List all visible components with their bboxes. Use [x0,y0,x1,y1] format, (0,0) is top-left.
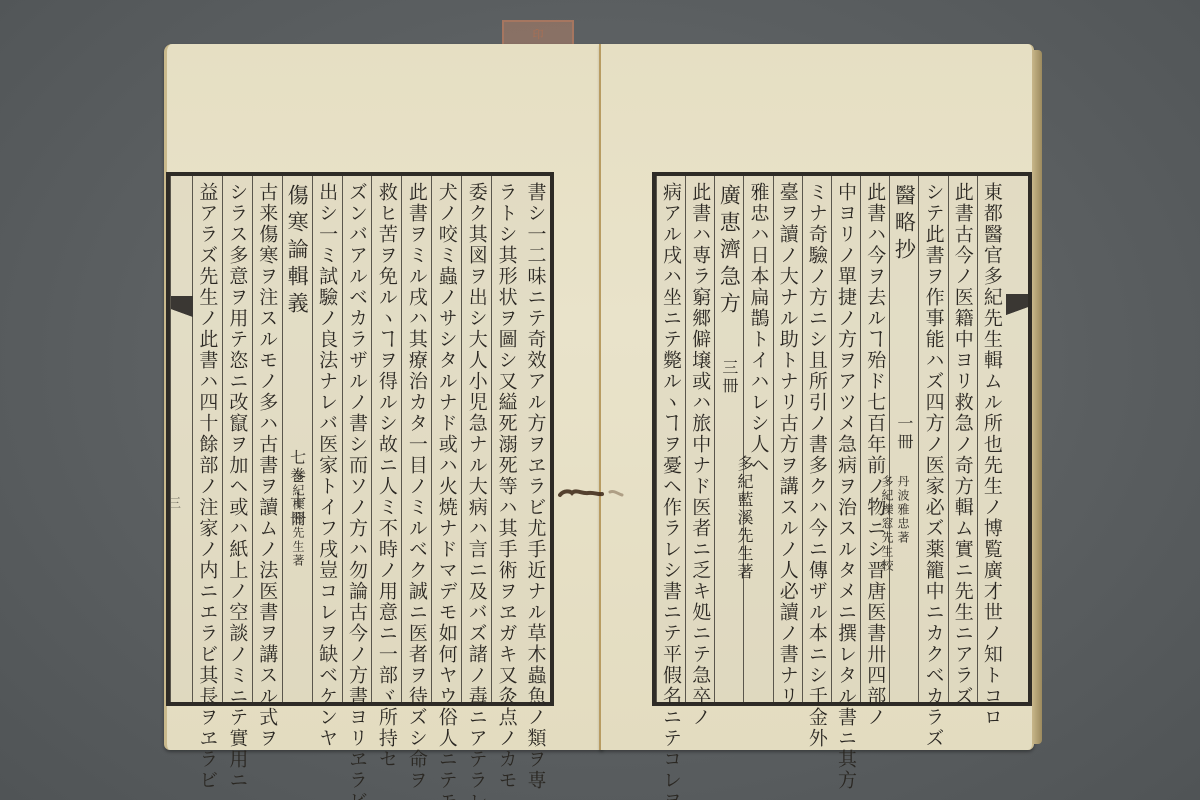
book-title: 廣恵濟急方 [716,176,742,319]
editor-credit: 多紀櫟窓先生校 [880,475,894,573]
fold-margin [170,176,192,702]
text-column: 病アル戌ハ坐ニテ斃ルヽヿヲ憂ヘ作ラレシ書ニテ平假名ニテコレヲ [656,176,685,702]
book-gutter [599,44,601,750]
book-title: 醫略抄 [891,176,917,265]
fishtail-marker-icon [171,296,193,326]
text-column: ズンバアルベカラザルノ書シ而ソノ方ハ勿論古今ノ方書ヨリヱラビ [342,176,372,702]
author-credit: 多紀藍溪先生著 [733,455,756,581]
volume-count: 一冊 [893,415,916,451]
book-title-entry: 傷寒論輯義 七巻 十冊 [282,176,312,702]
text-column: 委ク其図ヲ出シ大人小児急ナル大病ハ言ニ及バズ諸ノ毒ニアテラレ [461,176,491,702]
left-text-frame: 書シ一二味ニテ奇效アル方ヲヱラビ尤手近ナル草木蟲魚ノ類ヲ専 ラトシ其形状ヲ圖シ又… [166,172,554,706]
text-column: ミナ奇驗ノ方ニシ且所引ノ書多クハ今ニ傳ザル本ニシ千金外 [802,176,831,702]
book-title-entry: 醫略抄 一冊 [889,176,918,702]
text-column: 書シ一二味ニテ奇效アル方ヲヱラビ尤手近ナル草木蟲魚ノ類ヲ専 [521,176,550,702]
text-column: ラトシ其形状ヲ圖シ又縊死溺死等ハ其手術ヲヱガキ又灸点ノカモ [491,176,521,702]
ink-stain [558,486,628,500]
page-edge-stack [1032,50,1042,744]
fold-margin [1006,176,1028,702]
text-column: 益アラズ先生ノ此書ハ四十餘部ノ注家ノ内ニエラビ其長ヲヱラビ [192,176,222,702]
text-column: 中ヨリノ單捷ノ方ヲアツメ急病ヲ治スルタメニ撰レタル書ニ其方 [831,176,860,702]
text-column: 出シ一ミ試驗ノ良法ナレバ医家トイフ戌豈コレヲ缺ベケンヤ [312,176,342,702]
text-column: 救ヒ苦ヲ免ルヽヿヲ得ルシ故ニ人ミ不時ノ用意ニ一部ヾ所持セ [371,176,401,702]
text-column: 東都醫官多紀先生輯ムル所也先生ノ博覧廣才世ノ知トコロ [977,176,1006,702]
text-column: 此書ヲミル戌ハ其療治カタ一目ノミルベク誠ニ医者ヲ待ズシ命ヲ [401,176,431,702]
text-column: 此書古今ノ医籍中ヨリ救急ノ奇方輯ム實ニ先生ニアラズ [948,176,977,702]
author-credit: 丹波雅忠著 [896,475,910,545]
fishtail-marker-icon [1006,294,1028,324]
text-column: シラス多意ヲ用テ恣ニ改竄ヲ加ヘ或ハ紙上ノ空談ノミニテ實用ニ [222,176,252,702]
text-column: 此書ハ今ヲ去ルヿ殆ド七百年前ノ物ニシ晋唐医書卅四部ノ [860,176,889,702]
text-column: 雅忠ハ日本扁鵲トイハレシ人ヘ [743,176,772,702]
book-title-entry: 廣恵濟急方 三冊 [714,176,743,702]
text-column: 臺ヲ讀ノ大ナル助トナリ古方ヲ講スルノ人必讀ノ書ナリ [773,176,802,702]
text-column: 犬ノ咬ミ蟲ノサシタルナド或ハ火焼ナドマデモ如何ヤウ俗人ニテモ [431,176,461,702]
text-column: 此書ハ専ラ窮郷僻壌或ハ旅中ナド医者ニ乏キ処ニテ急卒ノ [685,176,714,702]
right-text-frame: 東都醫官多紀先生輯ムル所也先生ノ博覧廣才世ノ知トコロ 此書古今ノ医籍中ヨリ救急ノ… [652,172,1032,706]
volume-count: 三冊 [718,359,741,395]
text-column: 古来傷寒ヲ注スルモノ多ハ古書ヲ讀ムノ法医書ヲ講スル式ヲ [252,176,282,702]
text-column: シテ此書ヲ作事能ハズ四方ノ医家必ズ薬籠中ニカクベカラズ [918,176,947,702]
book-title: 傷寒論輯義 [284,176,310,319]
author-credit: 多紀櫟窓先生著 [291,470,305,568]
